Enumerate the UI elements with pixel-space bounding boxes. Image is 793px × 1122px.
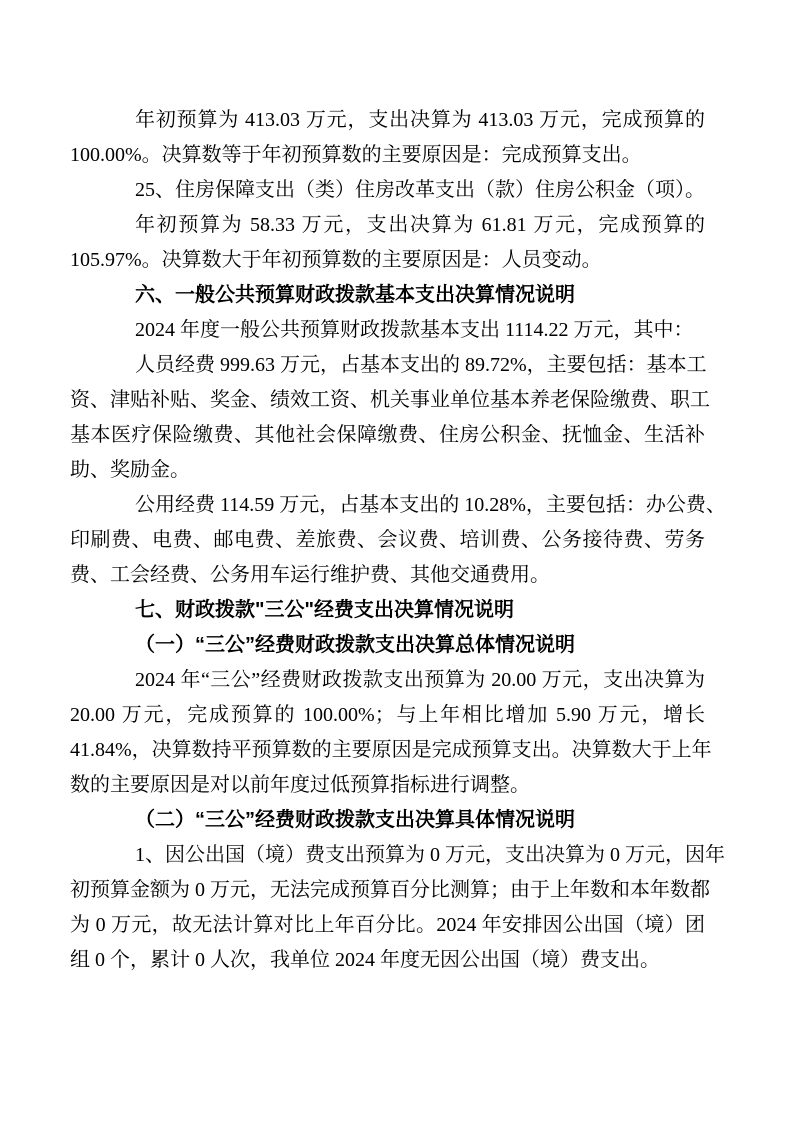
text-line: 初预算金额为 0 万元，无法完成预算百分比测算；由于上年数和本年数都 — [70, 873, 705, 908]
text-line: 公用经费 114.59 万元，占基本支出的 10.28%，主要包括：办公费、 — [70, 488, 705, 523]
text-line: 数的主要原因是对以前年度过低预算指标进行调整。 — [70, 768, 705, 803]
text-line: 105.97%。决算数大于年初预算数的主要原因是：人员变动。 — [70, 243, 705, 278]
text-line: 费、工会经费、公务用车运行维护费、其他交通费用。 — [70, 558, 705, 593]
text-line: 2024 年“三公”经费财政拨款支出预算为 20.00 万元，支出决算为 — [70, 663, 705, 698]
text-line: 年初预算为 58.33 万元，支出决算为 61.81 万元，完成预算的 — [70, 208, 705, 243]
text-line: （二）“三公”经费财政拨款支出决算具体情况说明 — [70, 803, 705, 838]
text-line: 助、奖励金。 — [70, 453, 705, 488]
text-line: 基本医疗保险缴费、其他社会保障缴费、住房公积金、抚恤金、生活补 — [70, 418, 705, 453]
text-line: 资、津贴补贴、奖金、绩效工资、机关事业单位基本养老保险缴费、职工 — [70, 383, 705, 418]
document-page: 年初预算为 413.03 万元，支出决算为 413.03 万元，完成预算的100… — [0, 0, 793, 1122]
text-line: 年初预算为 413.03 万元，支出决算为 413.03 万元，完成预算的 — [70, 103, 705, 138]
text-line: 人员经费 999.63 万元，占基本支出的 89.72%，主要包括：基本工 — [70, 348, 705, 383]
paragraph-personnel-funds: 人员经费 999.63 万元，占基本支出的 89.72%，主要包括：基本工资、津… — [70, 348, 705, 488]
text-line: 41.84%，决算数持平预算数的主要原因是完成预算支出。决算数大于上年 — [70, 733, 705, 768]
paragraph-budget-58: 年初预算为 58.33 万元，支出决算为 61.81 万元，完成预算的105.9… — [70, 208, 705, 278]
text-line: 印刷费、电费、邮电费、差旅费、会议费、培训费、公务接待费、劳务 — [70, 523, 705, 558]
paragraph-overseas-trips: 1、因公出国（境）费支出预算为 0 万元，支出决算为 0 万元，因年初预算金额为… — [70, 838, 705, 978]
heading-sub-one: （一）“三公”经费财政拨款支出决算总体情况说明 — [70, 628, 705, 663]
heading-section-six: 六、一般公共预算财政拨款基本支出决算情况说明 — [70, 278, 705, 313]
text-line: 组 0 个，累计 0 人次，我单位 2024 年度无因公出国（境）费支出。 — [70, 943, 705, 978]
heading-section-seven: 七、财政拨款"三公"经费支出决算情况说明 — [70, 593, 705, 628]
text-line: 20.00 万元，完成预算的 100.00%；与上年相比增加 5.90 万元，增… — [70, 698, 705, 733]
paragraph-basic-expenditure-total: 2024 年度一般公共预算财政拨款基本支出 1114.22 万元，其中： — [70, 313, 705, 348]
text-line: 为 0 万元，故无法计算对比上年百分比。2024 年安排因公出国（境）团 — [70, 908, 705, 943]
paragraph-three-public-overview: 2024 年“三公”经费财政拨款支出预算为 20.00 万元，支出决算为20.0… — [70, 663, 705, 803]
text-line: 七、财政拨款"三公"经费支出决算情况说明 — [70, 593, 705, 628]
text-line: 100.00%。决算数等于年初预算数的主要原因是：完成预算支出。 — [70, 138, 705, 173]
text-line: 2024 年度一般公共预算财政拨款基本支出 1114.22 万元，其中： — [70, 313, 705, 348]
heading-sub-two: （二）“三公”经费财政拨款支出决算具体情况说明 — [70, 803, 705, 838]
document-content: 年初预算为 413.03 万元，支出决算为 413.03 万元，完成预算的100… — [70, 103, 705, 978]
paragraph-public-funds: 公用经费 114.59 万元，占基本支出的 10.28%，主要包括：办公费、印刷… — [70, 488, 705, 593]
text-line: 1、因公出国（境）费支出预算为 0 万元，支出决算为 0 万元，因年 — [70, 838, 705, 873]
text-line: 六、一般公共预算财政拨款基本支出决算情况说明 — [70, 278, 705, 313]
paragraph-budget-413: 年初预算为 413.03 万元，支出决算为 413.03 万元，完成预算的100… — [70, 103, 705, 173]
text-line: 25、住房保障支出（类）住房改革支出（款）住房公积金（项）。 — [70, 173, 705, 208]
paragraph-item-25-housing: 25、住房保障支出（类）住房改革支出（款）住房公积金（项）。 — [70, 173, 705, 208]
text-line: （一）“三公”经费财政拨款支出决算总体情况说明 — [70, 628, 705, 663]
